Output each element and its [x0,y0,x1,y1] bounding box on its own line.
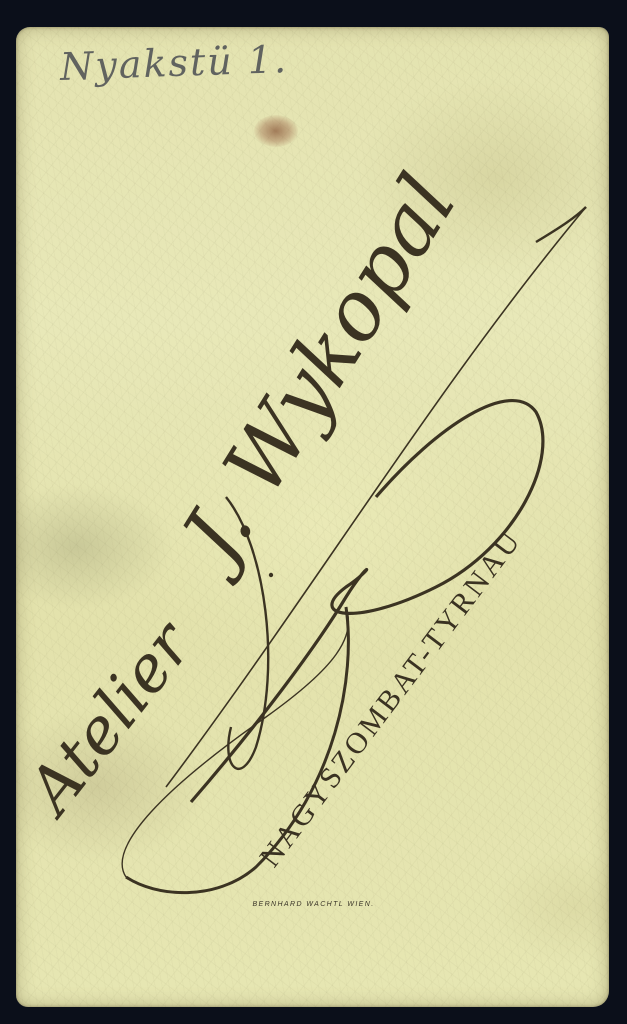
city-line: NAGYSZOMBAT-TYRNAU [253,524,528,874]
cabinet-card-back: Nyakstü 1. Atelier J. Wykopal NAGYSZOMBA… [16,27,609,1007]
printer-imprint: BERNHARD WACHTL WIEN. [0,901,627,908]
studio-logo: Atelier J. Wykopal NAGYSZOMBAT-TYRNAU [16,27,609,1007]
photographer-name: J. Wykopal [157,159,475,589]
studio-prefix: Atelier [16,607,209,831]
